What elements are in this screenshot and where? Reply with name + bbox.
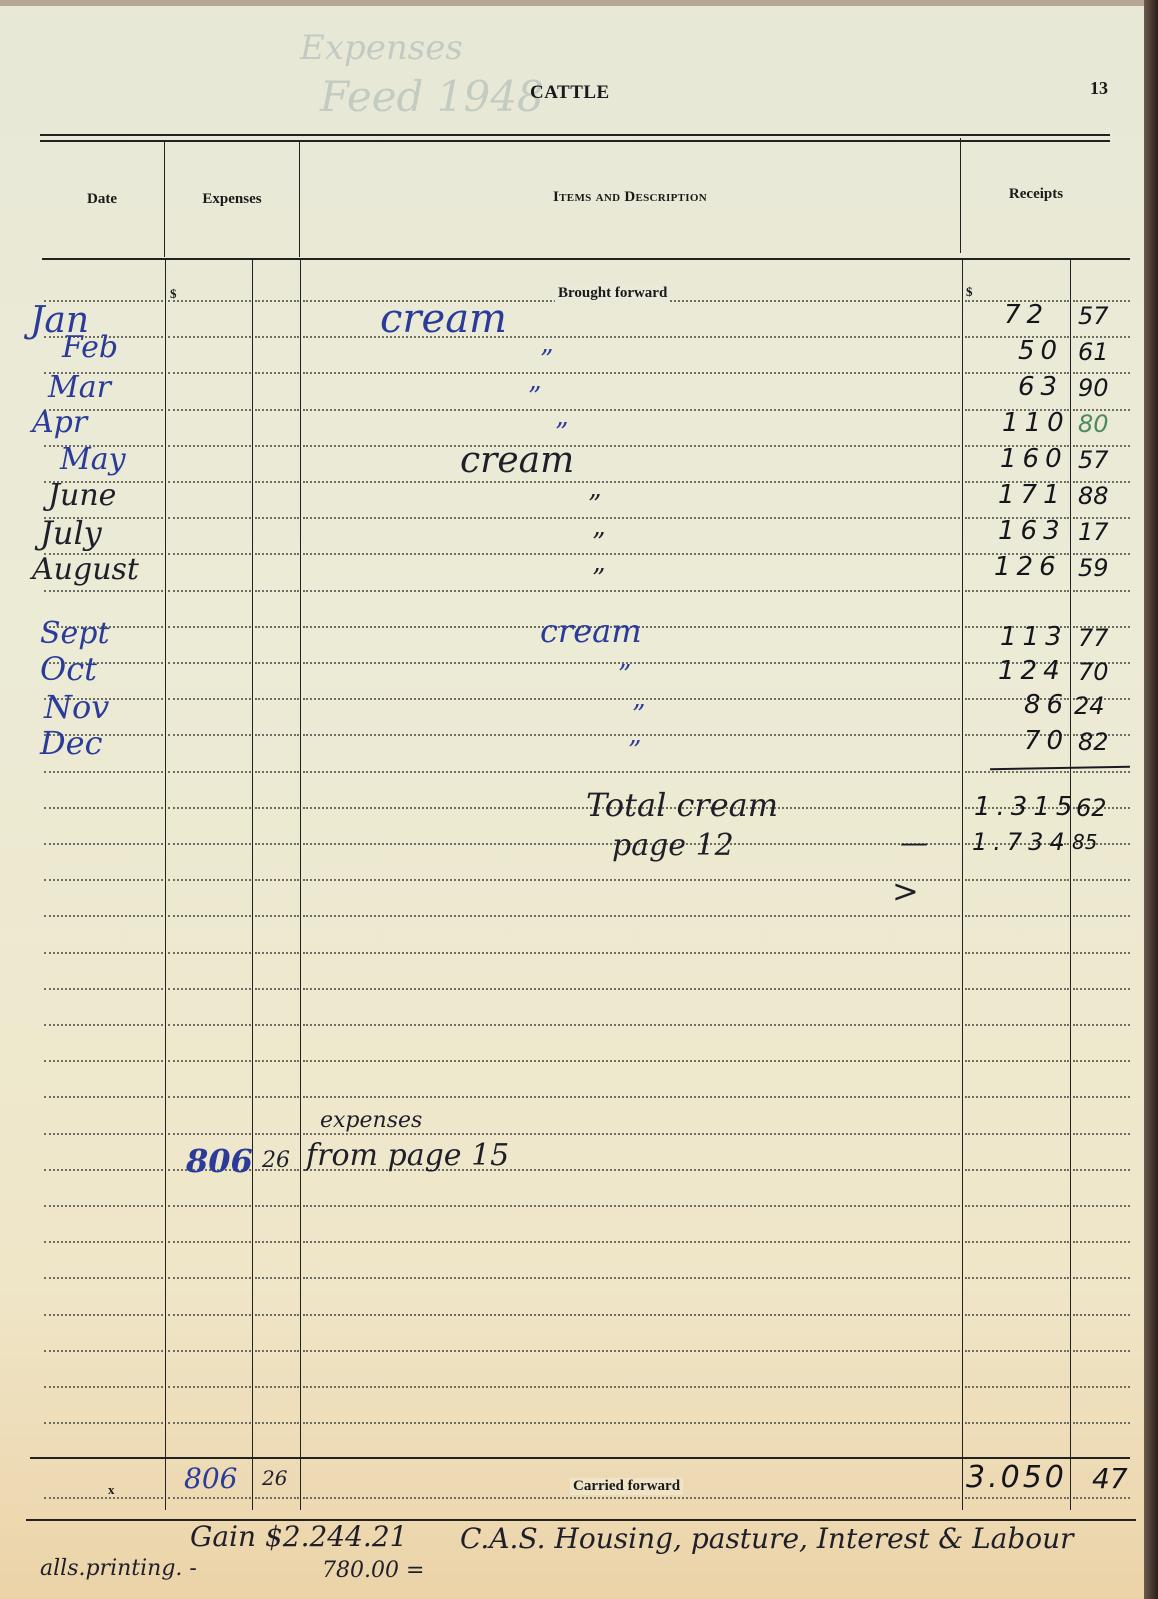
dotted-rule xyxy=(303,445,960,447)
column-header-receipts: Receipts xyxy=(961,186,1111,203)
dotted-rule xyxy=(303,1314,960,1316)
dotted-rule xyxy=(255,843,299,845)
dotted-rule xyxy=(303,662,960,664)
dotted-rule xyxy=(965,1060,1069,1062)
dotted-rule xyxy=(255,698,299,700)
dotted-rule xyxy=(255,952,299,954)
dotted-rule xyxy=(1073,952,1130,954)
dotted-rule xyxy=(1073,1060,1130,1062)
bleed-through-text: Feed 1948 xyxy=(320,72,544,121)
dotted-rule xyxy=(1073,590,1130,592)
dotted-rule xyxy=(255,1386,299,1388)
carried-forward-top-rule xyxy=(30,1457,1130,1459)
dotted-rule xyxy=(1073,1422,1130,1424)
entry-receipt-dollars: 110 xyxy=(1002,408,1070,438)
dotted-rule xyxy=(168,481,251,483)
dotted-rule xyxy=(255,590,299,592)
dotted-rule xyxy=(303,1060,960,1062)
dotted-rule xyxy=(44,988,163,990)
dotted-rule xyxy=(1073,771,1130,773)
entry-date: June xyxy=(48,478,116,513)
dotted-rule xyxy=(168,1497,251,1499)
column-divider-date xyxy=(165,260,166,1510)
dotted-rule xyxy=(303,1497,960,1499)
dotted-rule xyxy=(168,1060,251,1062)
entry-receipt-dollars: 163 xyxy=(998,516,1066,546)
dotted-rule xyxy=(1073,1096,1130,1098)
dotted-rule xyxy=(255,1060,299,1062)
dotted-rule xyxy=(1073,1133,1130,1135)
brought-forward-label: Brought forward xyxy=(555,285,670,302)
dotted-rule xyxy=(168,807,251,809)
dotted-rule xyxy=(255,553,299,555)
expense-dollars: 806 xyxy=(186,1142,253,1180)
dotted-rule xyxy=(44,1497,163,1499)
dotted-rule xyxy=(255,988,299,990)
dotted-rule xyxy=(303,1386,960,1388)
dotted-rule xyxy=(44,915,163,917)
entry-receipt-dollars: 113 xyxy=(1000,622,1068,652)
header-top-rule-2 xyxy=(40,140,1110,142)
dotted-rule xyxy=(1073,988,1130,990)
dotted-rule xyxy=(303,372,960,374)
dotted-rule xyxy=(44,879,163,881)
entry-receipt-cents: 90 xyxy=(1078,374,1109,402)
dotted-rule xyxy=(255,336,299,338)
dotted-rule xyxy=(255,1241,299,1243)
dotted-rule xyxy=(168,445,251,447)
dotted-rule xyxy=(965,988,1069,990)
dotted-rule xyxy=(168,662,251,664)
dotted-rule xyxy=(168,1133,251,1135)
dotted-rule xyxy=(44,1386,163,1388)
column-divider-receipts xyxy=(962,260,963,1510)
entry-description: ” xyxy=(540,345,553,375)
dotted-rule xyxy=(1073,879,1130,881)
dotted-rule xyxy=(255,1205,299,1207)
entry-date: Sept xyxy=(40,616,110,651)
entry-receipt-cents: 80 xyxy=(1078,410,1109,438)
dotted-rule xyxy=(255,1133,299,1135)
dotted-rule xyxy=(303,952,960,954)
dotted-rule xyxy=(44,1241,163,1243)
dotted-rule xyxy=(168,1024,251,1026)
entry-description: ” xyxy=(618,660,631,690)
total-cream-cents: 62 xyxy=(1076,794,1107,822)
dotted-rule xyxy=(303,481,960,483)
header-bottom-rule xyxy=(42,258,1130,260)
dotted-rule xyxy=(44,1060,163,1062)
dotted-rule xyxy=(255,915,299,917)
column-divider-receipt-cents xyxy=(1070,260,1071,1510)
dotted-rule xyxy=(168,988,251,990)
carried-forward-expense-dollars: 806 xyxy=(184,1462,237,1495)
dotted-rule xyxy=(1073,1314,1130,1316)
column-header-date: Date xyxy=(40,191,164,208)
dotted-rule xyxy=(303,1096,960,1098)
dotted-rule xyxy=(44,1169,163,1171)
dotted-rule xyxy=(965,1497,1069,1499)
dotted-rule xyxy=(168,734,251,736)
dotted-rule xyxy=(303,915,960,917)
dotted-rule xyxy=(44,1096,163,1098)
dotted-rule xyxy=(1073,1169,1130,1171)
dotted-rule xyxy=(255,807,299,809)
dotted-rule xyxy=(303,1277,960,1279)
dotted-rule xyxy=(965,1314,1069,1316)
footer-line2-amount: 780.00 = xyxy=(322,1558,424,1583)
entry-description: cream xyxy=(540,612,642,650)
dotted-rule xyxy=(303,590,960,592)
dotted-rule xyxy=(255,734,299,736)
entry-receipt-cents: 88 xyxy=(1078,482,1109,510)
dotted-rule xyxy=(303,553,960,555)
dotted-rule xyxy=(965,771,1069,773)
entry-receipt-cents: 57 xyxy=(1078,446,1109,474)
dotted-rule xyxy=(965,1422,1069,1424)
dotted-rule xyxy=(965,1241,1069,1243)
entry-receipt-cents: 57 xyxy=(1078,302,1109,330)
entry-receipt-dollars: 70 xyxy=(1024,726,1069,756)
dotted-rule xyxy=(965,1024,1069,1026)
dotted-rule xyxy=(303,1422,960,1424)
page-binding-edge xyxy=(1144,0,1158,1599)
entry-description: ” xyxy=(632,700,645,730)
dotted-rule xyxy=(965,952,1069,954)
dotted-rule xyxy=(44,807,163,809)
dotted-rule xyxy=(255,662,299,664)
dotted-rule xyxy=(965,1386,1069,1388)
dotted-rule xyxy=(168,626,251,628)
bleed-through-text: Expenses xyxy=(300,28,463,68)
dotted-rule xyxy=(303,879,960,881)
carried-forward-receipt-cents: 47 xyxy=(1092,1462,1128,1495)
dotted-rule xyxy=(255,1350,299,1352)
dotted-rule xyxy=(168,1096,251,1098)
dotted-rule xyxy=(44,1024,163,1026)
dotted-rule xyxy=(168,1422,251,1424)
dotted-rule xyxy=(255,1024,299,1026)
dotted-rule xyxy=(168,590,251,592)
dotted-rule xyxy=(1073,1205,1130,1207)
dotted-rule xyxy=(303,517,960,519)
entry-description: ” xyxy=(588,490,601,520)
entry-description: ” xyxy=(528,382,541,412)
entry-description: ” xyxy=(628,736,641,766)
dotted-rule xyxy=(44,1205,163,1207)
entry-date: Feb xyxy=(62,330,118,365)
page-top-edge xyxy=(0,0,1158,6)
column-header-expenses: Expenses xyxy=(165,191,299,208)
entry-receipt-cents: 77 xyxy=(1078,624,1109,652)
arrow-mark: > xyxy=(892,872,919,910)
entry-date: July xyxy=(40,514,102,552)
dotted-rule xyxy=(1073,915,1130,917)
dotted-rule xyxy=(303,988,960,990)
page12-dollars: 1.734 xyxy=(972,828,1071,856)
dotted-rule xyxy=(255,1422,299,1424)
entry-receipt-cents: 70 xyxy=(1078,658,1109,686)
dotted-rule xyxy=(168,1314,251,1316)
column-divider-expense-cents xyxy=(252,260,253,1510)
dotted-rule xyxy=(44,1314,163,1316)
dotted-rule xyxy=(965,1169,1069,1171)
dotted-rule xyxy=(255,1096,299,1098)
dotted-rule xyxy=(255,372,299,374)
column-divider-description xyxy=(300,260,301,1510)
carried-forward-receipt-dollars: 3.050 xyxy=(966,1460,1067,1495)
entry-receipt-dollars: 124 xyxy=(998,656,1066,686)
dotted-rule xyxy=(255,517,299,519)
entry-receipt-cents: 61 xyxy=(1078,338,1109,366)
total-cream-dollars: 1.315 xyxy=(974,792,1078,822)
entry-date: Mar xyxy=(48,370,111,405)
dotted-rule xyxy=(1073,1277,1130,1279)
entry-date: Oct xyxy=(40,650,97,688)
dotted-rule xyxy=(255,626,299,628)
entry-date: August xyxy=(32,552,139,587)
dotted-rule xyxy=(168,409,251,411)
dotted-rule xyxy=(168,1241,251,1243)
dotted-rule xyxy=(168,372,251,374)
dotted-rule xyxy=(255,445,299,447)
entry-description: cream xyxy=(380,296,507,342)
dotted-rule xyxy=(168,1350,251,1352)
footer-description: C.A.S. Housing, pasture, Interest & Labo… xyxy=(460,1522,1074,1555)
dotted-rule xyxy=(168,336,251,338)
carried-forward-mark: x xyxy=(108,1482,115,1498)
dotted-rule xyxy=(303,1024,960,1026)
column-header-description: Items and Description xyxy=(300,189,960,206)
page-number: 13 xyxy=(1090,78,1108,99)
expense-note-line2: from page 15 xyxy=(306,1138,509,1173)
dotted-rule xyxy=(44,771,163,773)
entry-description: cream xyxy=(460,440,574,481)
receipts-dollar-sign: $ xyxy=(966,284,973,300)
expense-cents: 26 xyxy=(262,1148,290,1173)
dotted-rule xyxy=(965,879,1069,881)
dotted-rule xyxy=(255,300,299,302)
dotted-rule xyxy=(1073,1024,1130,1026)
dotted-rule xyxy=(168,843,251,845)
entry-receipt-cents: 82 xyxy=(1078,728,1109,756)
dotted-rule xyxy=(255,1314,299,1316)
dotted-rule xyxy=(168,915,251,917)
dotted-rule xyxy=(168,300,251,302)
dotted-rule xyxy=(255,771,299,773)
entry-receipt-cents: 17 xyxy=(1078,518,1109,546)
dotted-rule xyxy=(255,1277,299,1279)
entry-description: ” xyxy=(592,564,605,594)
dotted-rule xyxy=(168,1277,251,1279)
dotted-rule xyxy=(255,481,299,483)
dotted-rule xyxy=(168,1205,251,1207)
entry-receipt-dollars: 50 xyxy=(1018,336,1063,366)
page12-dash: — xyxy=(900,826,928,859)
entry-receipt-cents: 59 xyxy=(1078,554,1109,582)
dotted-rule xyxy=(44,1350,163,1352)
dotted-rule xyxy=(255,1497,299,1499)
dotted-rule xyxy=(44,1277,163,1279)
dotted-rule xyxy=(965,1205,1069,1207)
dotted-rule xyxy=(168,1386,251,1388)
dotted-rule xyxy=(965,1350,1069,1352)
footer-line2-left: alls.printing. - xyxy=(40,1556,197,1581)
entry-receipt-dollars: 86 xyxy=(1024,690,1069,720)
dotted-rule xyxy=(303,409,960,411)
dotted-rule xyxy=(965,1277,1069,1279)
dotted-rule xyxy=(965,590,1069,592)
entry-receipt-cents: 24 xyxy=(1074,692,1105,720)
carried-forward-label: Carried forward xyxy=(570,1478,683,1495)
expenses-dollar-sign: $ xyxy=(170,286,177,302)
dotted-rule xyxy=(168,771,251,773)
dotted-rule xyxy=(168,553,251,555)
dotted-rule xyxy=(44,843,163,845)
page12-cents: 85 xyxy=(1072,830,1097,854)
dotted-rule xyxy=(44,590,163,592)
sum-underline xyxy=(990,766,1130,770)
dotted-rule xyxy=(1073,1497,1130,1499)
carried-forward-expense-cents: 26 xyxy=(262,1466,287,1490)
dotted-rule xyxy=(1073,1241,1130,1243)
entry-receipt-dollars: 126 xyxy=(994,552,1062,582)
entry-receipt-dollars: 63 xyxy=(1018,372,1063,402)
dotted-rule xyxy=(168,952,251,954)
entry-date: May xyxy=(60,442,126,477)
expense-note-line1: expenses xyxy=(320,1108,422,1133)
dotted-rule xyxy=(303,771,960,773)
dotted-rule xyxy=(303,1350,960,1352)
header-top-rule xyxy=(40,134,1110,136)
dotted-rule xyxy=(44,952,163,954)
entry-date: Apr xyxy=(32,405,87,440)
page12-label: page 12 xyxy=(612,828,734,863)
total-cream-label: Total cream xyxy=(586,786,778,824)
dotted-rule xyxy=(168,517,251,519)
dotted-rule xyxy=(255,409,299,411)
dotted-rule xyxy=(255,879,299,881)
dotted-rule xyxy=(168,698,251,700)
footer-gain: Gain $2.244.21 xyxy=(190,1520,407,1553)
dotted-rule xyxy=(965,915,1069,917)
dotted-rule xyxy=(168,879,251,881)
dotted-rule xyxy=(965,1096,1069,1098)
entry-receipt-dollars: 171 xyxy=(998,480,1066,510)
dotted-rule xyxy=(44,1133,163,1135)
dotted-rule xyxy=(965,1133,1069,1135)
entry-date: Nov xyxy=(44,688,109,726)
dotted-rule xyxy=(1073,1386,1130,1388)
dotted-rule xyxy=(44,1422,163,1424)
dotted-rule xyxy=(1073,1350,1130,1352)
dotted-rule xyxy=(303,1205,960,1207)
entry-date: Dec xyxy=(40,724,103,762)
entry-receipt-dollars: 72 xyxy=(1004,300,1049,330)
entry-description: ” xyxy=(592,528,605,558)
entry-receipt-dollars: 160 xyxy=(1000,444,1068,474)
dotted-rule xyxy=(303,1241,960,1243)
page-title: CATTLE xyxy=(530,82,610,104)
